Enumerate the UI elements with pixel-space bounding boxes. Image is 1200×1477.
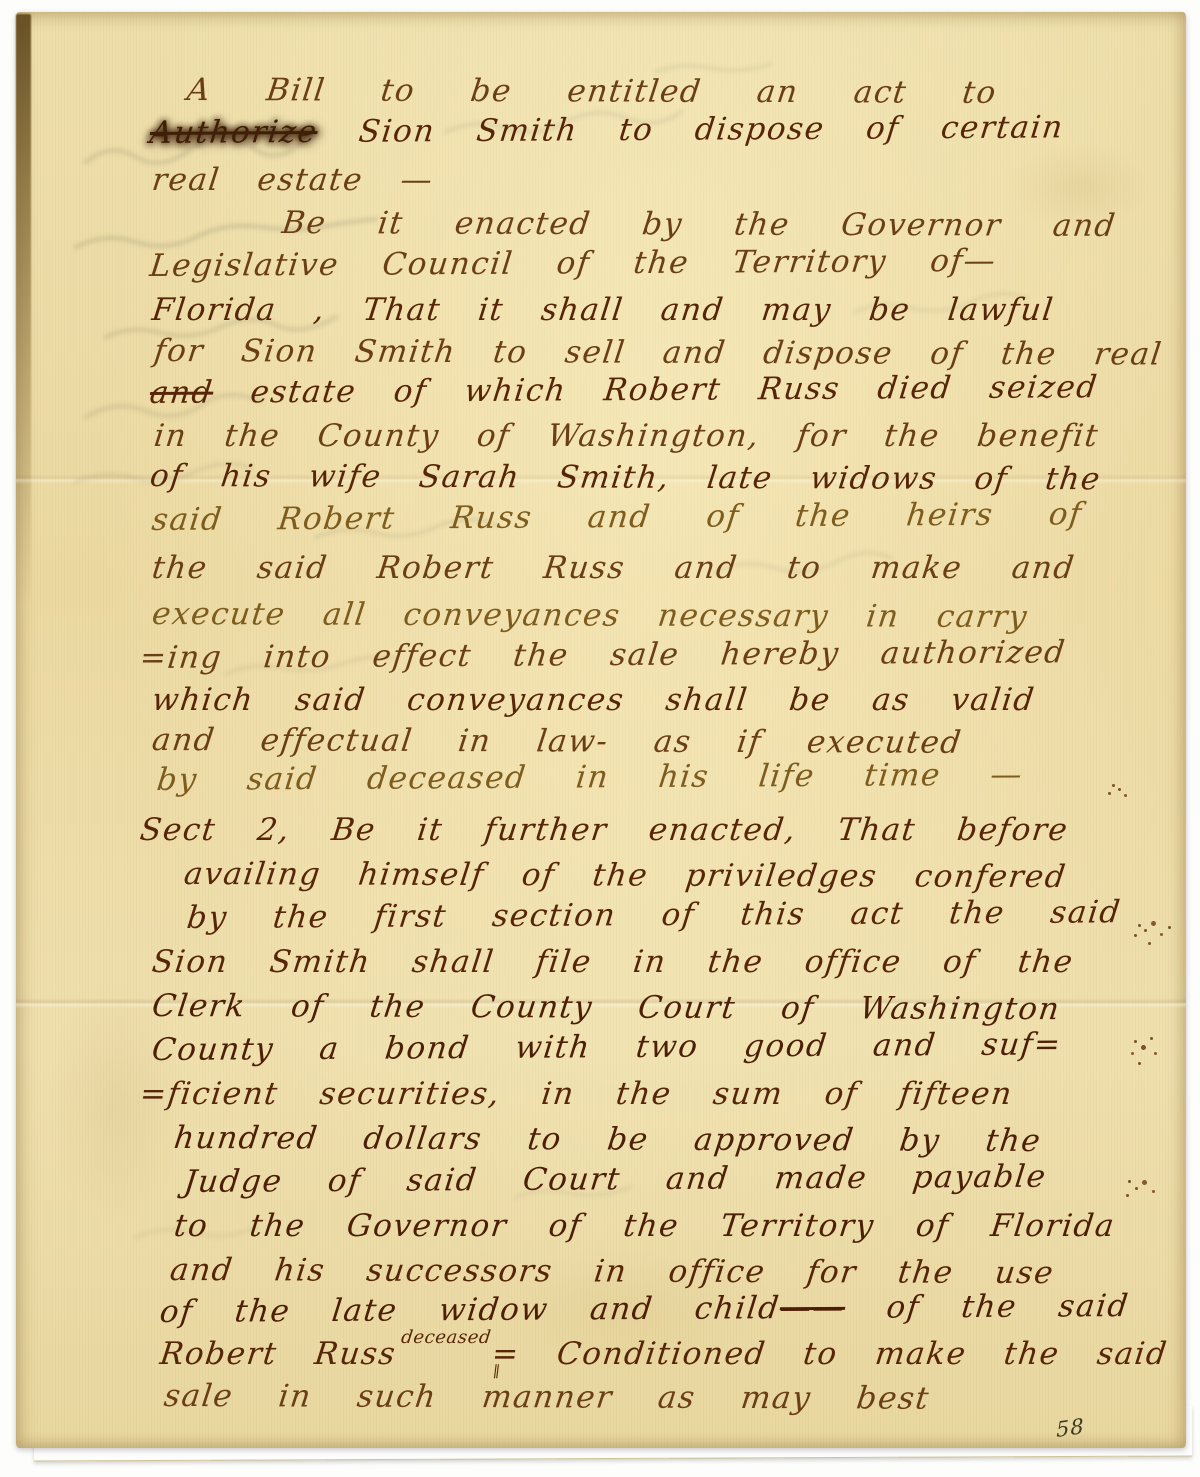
text-segment: of his wife Sarah Smith, late widows of … <box>148 458 1103 497</box>
page-number: 58 <box>1056 1414 1085 1442</box>
text-segment: and effectual in law- as if executed <box>150 722 964 761</box>
manuscript-line: and effectual in law- as if executed <box>150 722 964 761</box>
manuscript-line: Sect 2, Be it further enacted, That befo… <box>138 812 1071 848</box>
manuscript-line: the said Robert Russ and to make and <box>150 550 1077 586</box>
manuscript-line: hundred dollars to be approved by the <box>172 1120 1044 1159</box>
manuscript-line: County a bond with two good and suf= <box>150 1026 1064 1068</box>
manuscript-line: A Bill to be entitled an act to <box>185 72 999 111</box>
manuscript-line: and his successors in office for the use <box>168 1252 1056 1291</box>
text-segment: Authorize <box>148 114 320 151</box>
text-segment: said Robert Russ and of the heirs of <box>150 496 1084 538</box>
manuscript-line: by said deceased in his life time — <box>155 757 1025 798</box>
text-segment: Robert Russ <box>158 1336 398 1372</box>
text-segment: Sion Smith to dispose of certain <box>315 109 1065 150</box>
text-segment: Sect 2, Be it further enacted, That befo… <box>138 812 1071 848</box>
text-segment: Be it enacted by the Governor and <box>280 205 1118 244</box>
text-segment: =ing into effect the sale hereby authori… <box>138 634 1068 676</box>
manuscript-line: Be it enacted by the Governor and <box>280 205 1118 244</box>
manuscript-line: Judge of said Court and made payable <box>182 1159 1049 1200</box>
text-segment: Judge of said Court and made payable <box>182 1159 1049 1200</box>
manuscript-line: Robert Russdeceased= Conditioned to make… <box>158 1336 1170 1372</box>
text-segment: Sion Smith shall file in the office of t… <box>150 944 1076 980</box>
text-segment: —— <box>778 1290 847 1326</box>
text-segment: A Bill to be entitled an act to <box>185 72 999 111</box>
text-segment: Conditioned to make the said <box>518 1336 1170 1372</box>
text-segment: in the County of Washington, for the ben… <box>152 418 1101 454</box>
text-segment: which said conveyances shall be as valid <box>150 682 1037 718</box>
text-segment: by the first section of this act the sai… <box>185 894 1123 936</box>
text-segment: = <box>490 1336 522 1372</box>
manuscript-line: said Robert Russ and of the heirs of <box>150 496 1084 538</box>
text-segment: sale in such manner as may best <box>162 1378 932 1417</box>
manuscript-line: to the Governor of the Territory of Flor… <box>172 1208 1117 1244</box>
text-segment: estate of which Robert Russ died seized <box>211 369 1100 410</box>
manuscript-line: execute all conveyances necessary in car… <box>150 596 1030 635</box>
text-segment: Florida , That it shall and may be lawfu… <box>150 292 1056 328</box>
manuscript-line: of his wife Sarah Smith, late widows of … <box>148 458 1103 497</box>
text-segment: of the late widow and child <box>158 1290 782 1330</box>
text-segment: and his successors in office for the use <box>168 1252 1056 1291</box>
text-segment: for Sion Smith to sell and dispose of th… <box>152 333 1164 373</box>
text-segment: Legislative Council of the Territory of— <box>148 243 998 284</box>
text-segment: the said Robert Russ and to make and <box>150 550 1077 586</box>
manuscript-line: by the first section of this act the sai… <box>185 894 1123 936</box>
manuscript-text: A Bill to be entitled an act toAuthorize… <box>16 12 1186 1448</box>
text-segment: =ficient securities, in the sum of fifte… <box>138 1076 1015 1112</box>
manuscript-line: sale in such manner as may best <box>162 1378 932 1417</box>
scanned-document-photo: A Bill to be entitled an act toAuthorize… <box>0 0 1200 1477</box>
manuscript-line: real estate — <box>150 162 435 198</box>
manuscript-line: Legislative Council of the Territory of— <box>148 243 998 284</box>
interline-insertion: deceased <box>400 1327 492 1348</box>
text-segment: County a bond with two good and suf= <box>150 1026 1064 1068</box>
text-segment: real estate — <box>150 162 435 198</box>
text-segment: execute all conveyances necessary in car… <box>150 596 1030 635</box>
manuscript-line: for Sion Smith to sell and dispose of th… <box>152 333 1164 373</box>
manuscript-line: Authorize Sion Smith to dispose of certa… <box>148 109 1066 151</box>
manuscript-line: which said conveyances shall be as valid <box>150 682 1037 718</box>
manuscript-line: availing himself of the priviledges conf… <box>182 856 1069 895</box>
text-segment: availing himself of the priviledges conf… <box>182 856 1069 895</box>
manuscript-page: A Bill to be entitled an act toAuthorize… <box>16 12 1186 1448</box>
text-segment: and <box>148 375 215 411</box>
manuscript-line: Sion Smith shall file in the office of t… <box>150 944 1076 980</box>
text-segment: of the said <box>843 1288 1131 1326</box>
manuscript-line: =ficient securities, in the sum of fifte… <box>138 1076 1015 1112</box>
manuscript-line: and estate of which Robert Russ died sei… <box>148 369 1100 411</box>
text-segment: to the Governor of the Territory of Flor… <box>172 1208 1117 1244</box>
manuscript-line: =ing into effect the sale hereby authori… <box>138 634 1068 676</box>
manuscript-line: Florida , That it shall and may be lawfu… <box>150 292 1056 328</box>
manuscript-line: Clerk of the County Court of Washington <box>150 988 1063 1027</box>
text-segment: hundred dollars to be approved by the <box>172 1120 1044 1159</box>
manuscript-line: of the late widow and child—— of the sai… <box>158 1288 1131 1330</box>
text-segment: Clerk of the County Court of Washington <box>150 988 1063 1027</box>
text-segment: by said deceased in his life time — <box>155 757 1025 798</box>
manuscript-line: in the County of Washington, for the ben… <box>152 418 1101 454</box>
